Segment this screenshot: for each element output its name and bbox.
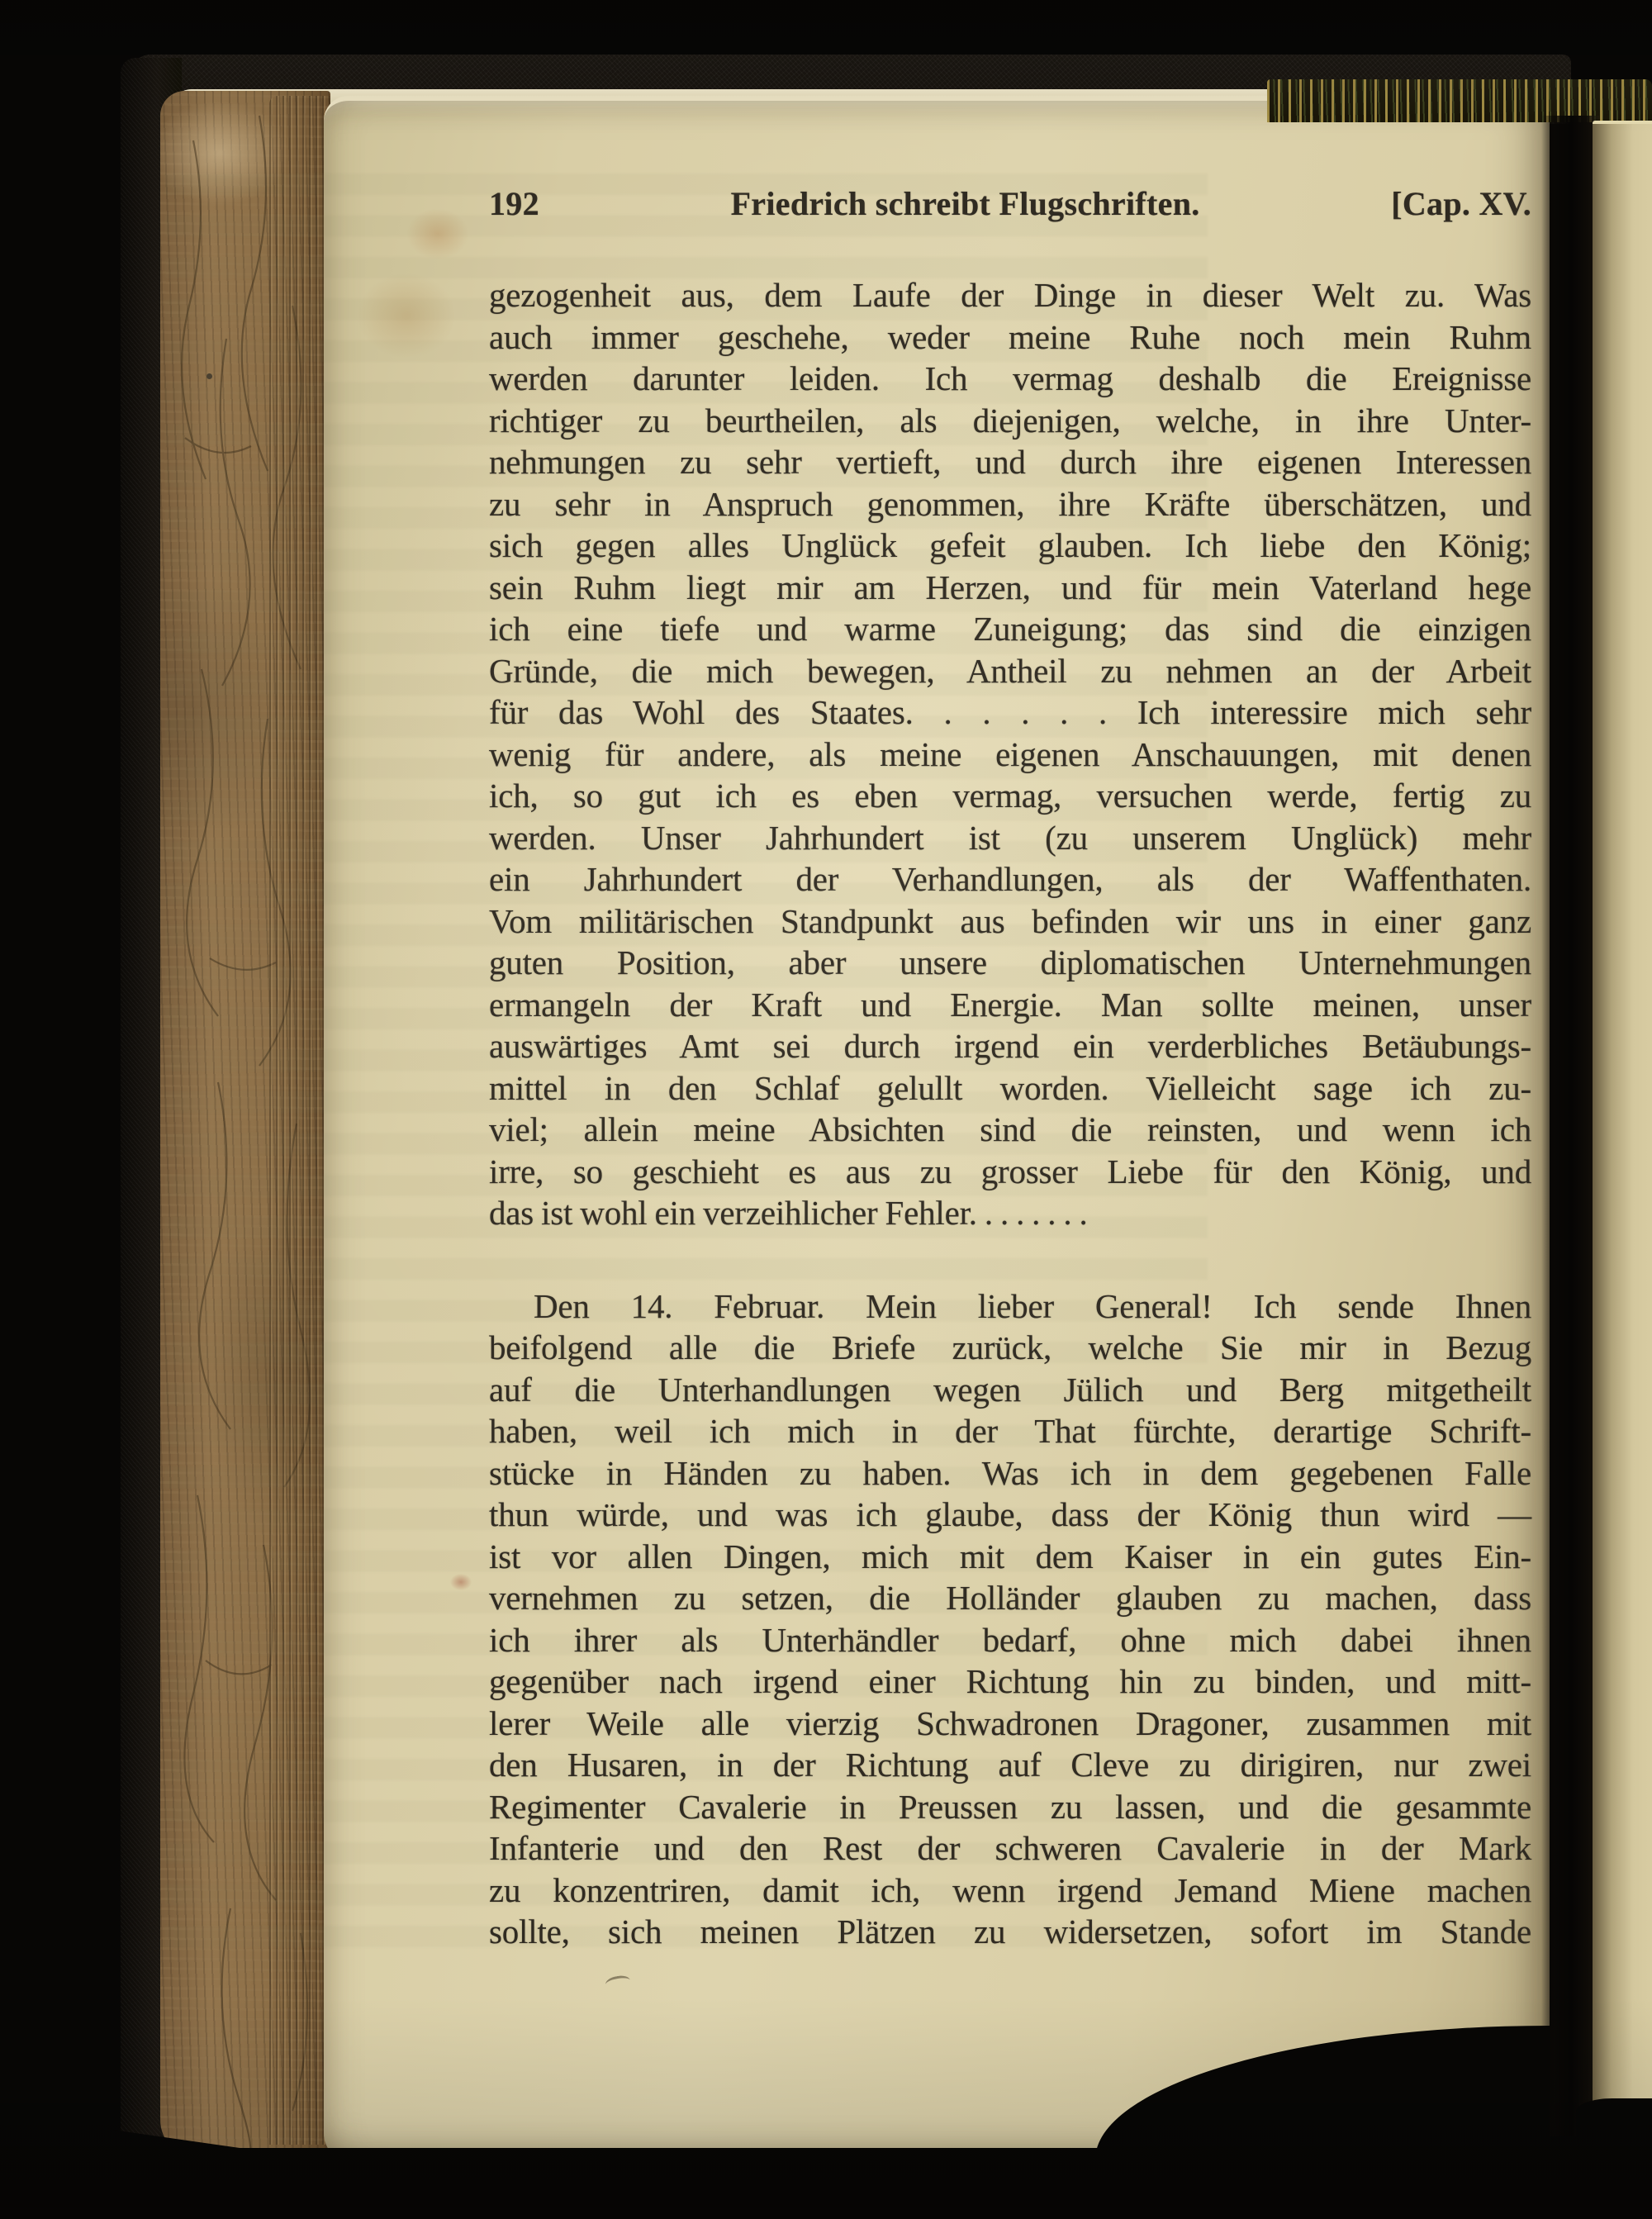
text-line: gezogenheit aus, dem Laufe der Dinge in … (489, 274, 1531, 316)
text-line: guten Position, aber unsere diplomatisch… (489, 942, 1531, 984)
text-line: ich eine tiefe und warme Zuneigung; das … (489, 608, 1531, 650)
text-line: wenig für andere, als meine eigenen Ansc… (489, 734, 1531, 776)
text-line: sein Ruhm liegt mir am Herzen, und für m… (489, 567, 1531, 609)
text-line: für das Wohl des Staates. . . . . . Ich … (489, 691, 1531, 734)
text-line: den Husaren, in der Richtung auf Cleve z… (489, 1744, 1531, 1786)
text-line: vernehmen zu setzen, die Holländer glaub… (489, 1577, 1531, 1619)
text-line: richtiger zu beurtheilen, als diejenigen… (489, 400, 1531, 442)
text-line: stücke in Händen zu haben. Was ich in de… (489, 1452, 1531, 1494)
bottom-background (0, 2148, 1652, 2219)
facing-page-sliver (1593, 121, 1652, 2108)
text-line: gegenüber nach irgend einer Richtung hin… (489, 1661, 1531, 1703)
text-line: sollte, sich meinen Plätzen zu widersetz… (489, 1911, 1531, 1953)
text-line: ist vor allen Dingen, mich mit dem Kaise… (489, 1536, 1531, 1578)
text-line: auf die Unterhandlungen wegen Jülich und… (489, 1369, 1531, 1411)
text-line: ich ihrer als Unterhändler bedarf, ohne … (489, 1619, 1531, 1661)
text-line: zu konzentriren, damit ich, wenn irgend … (489, 1870, 1531, 1912)
page-header: 192 Friedrich schreibt Flugschriften. [C… (489, 183, 1531, 225)
text-line: ich, so gut ich es eben vermag, versuche… (489, 775, 1531, 817)
text-line: werden darunter leiden. Ich vermag desha… (489, 358, 1531, 400)
paragraph: Den 14. Februar. Mein lieber General! Ic… (489, 1285, 1531, 1953)
text-line: Regimenter Cavalerie in Preussen zu lass… (489, 1786, 1531, 1828)
page-text: 192 Friedrich schreibt Flugschriften. [C… (489, 183, 1531, 1953)
text-line: auswärtiges Amt sei durch irgend ein ver… (489, 1025, 1531, 1067)
text-line: auch immer geschehe, weder meine Ruhe no… (489, 316, 1531, 359)
text-line: ein Jahrhundert der Verhandlungen, als d… (489, 858, 1531, 900)
text-line: nehmungen zu sehr vertieft, und durch ih… (489, 441, 1531, 483)
running-title: Friedrich schreibt Flugschriften. (539, 183, 1391, 225)
paragraph: gezogenheit aus, dem Laufe der Dinge in … (489, 274, 1531, 1234)
gutter-shadow (1541, 116, 1599, 2136)
text-line: irre, so geschieht es aus zu grosser Lie… (489, 1151, 1531, 1193)
text-line: ermangeln der Kraft und Energie. Man sol… (489, 984, 1531, 1026)
text-line: Infanterie und den Rest der schweren Cav… (489, 1827, 1531, 1870)
page-number: 192 (489, 183, 539, 225)
text-line: lerer Weile alle vierzig Schwadronen Dra… (489, 1703, 1531, 1745)
scanned-book-photo: 192 Friedrich schreibt Flugschriften. [C… (0, 0, 1652, 2219)
chapter-marker: [Cap. XV. (1391, 183, 1531, 225)
text-line: beifolgend alle die Briefe zurück, welch… (489, 1327, 1531, 1369)
text-line: Vom militärischen Standpunkt aus befinde… (489, 900, 1531, 943)
text-line: mittel in den Schlaf gelullt worden. Vie… (489, 1067, 1531, 1109)
text-line: sich gegen alles Unglück gefeit glauben.… (489, 525, 1531, 567)
text-line: Den 14. Februar. Mein lieber General! Ic… (489, 1285, 1531, 1328)
text-line: thun würde, und was ich glaube, dass der… (489, 1494, 1531, 1536)
text-line: zu sehr in Anspruch genommen, ihre Kräft… (489, 483, 1531, 525)
text-line: das ist wohl ein verzeihlicher Fehler. .… (489, 1192, 1531, 1234)
text-line: werden. Unser Jahrhundert ist (zu unsere… (489, 817, 1531, 859)
text-line: viel; allein meine Absichten sind die re… (489, 1109, 1531, 1151)
text-line: haben, weil ich mich in der That fürchte… (489, 1410, 1531, 1452)
paper-fleck (206, 373, 212, 379)
text-line: Gründe, die mich bewegen, Antheil zu neh… (489, 650, 1531, 692)
